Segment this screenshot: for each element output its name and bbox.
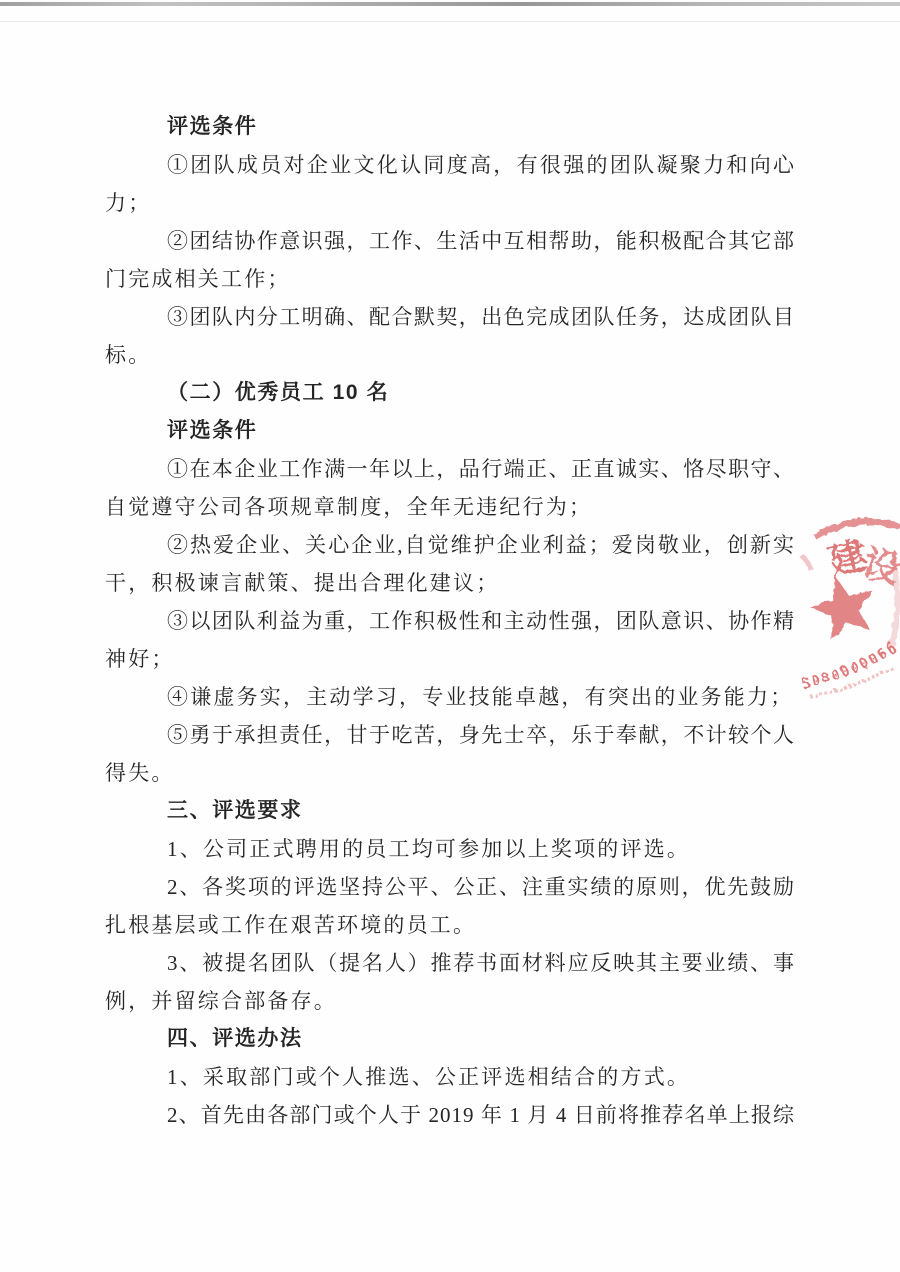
text-line: 例，并留综合部备存。 <box>105 982 795 1020</box>
text-line: 标。 <box>105 336 795 374</box>
scan-edge-artifact <box>0 2 900 6</box>
text-line: 得失。 <box>105 754 795 792</box>
text-line: ①团队成员对企业文化认同度高，有很强的团队凝聚力和向心 <box>105 146 795 184</box>
text-line: 扎根基层或工作在艰苦环境的员工。 <box>105 906 795 944</box>
text-line: 3、被提名团队（提名人）推荐书面材料应反映其主要业绩、事 <box>105 944 795 982</box>
section-heading: 四、评选办法 <box>105 1020 795 1058</box>
text-line: 神好； <box>105 640 795 678</box>
text-line: ①在本企业工作满一年以上，品行端正、正直诚实、恪尽职守、 <box>105 450 795 488</box>
text-line: ④谦虚务实，主动学习，专业技能卓越，有突出的业务能力； <box>105 678 795 716</box>
seal-stray-stroke <box>801 555 811 570</box>
section-heading: 三、评选要求 <box>105 792 795 830</box>
text-line: 1、采取部门或个人推选、公正评选相结合的方式。 <box>105 1058 795 1096</box>
stamp-microtext-illegible <box>810 668 893 697</box>
text-line: 2、首先由各部门或个人于 2019 年 1 月 4 日前将推荐名单上报综 <box>105 1096 795 1134</box>
text-line: 2、各奖项的评选坚持公平、公正、注重实绩的原则，优先鼓励 <box>105 868 795 906</box>
scan-edge-faint-line <box>0 21 900 22</box>
document-body: 评选条件①团队成员对企业文化认同度高，有很强的团队凝聚力和向心力；②团结协作意识… <box>105 108 795 1134</box>
text-line: 力； <box>105 184 795 222</box>
text-line: 自觉遵守公司各项规章制度，全年无违纪行为； <box>105 488 795 526</box>
section-heading: 评选条件 <box>105 412 795 450</box>
text-line: ②热爱企业、关心企业,自觉维护企业利益；爱岗敬业，创新实 <box>105 526 795 564</box>
text-line: 干，积极谏言献策、提出合理化建议； <box>105 564 795 602</box>
text-line: 1、公司正式聘用的员工均可参加以上奖项的评选。 <box>105 830 795 868</box>
section-heading: （二）优秀员工 10 名 <box>105 374 795 412</box>
text-line: ②团结协作意识强，工作、生活中互相帮助，能积极配合其它部 <box>105 222 795 260</box>
text-line: 门完成相关工作； <box>105 260 795 298</box>
stamp-serial-number: 5080000066 <box>800 639 900 693</box>
seal-ring-right-arc <box>891 566 897 648</box>
star-icon <box>810 576 873 641</box>
text-line: ③以团队利益为重，工作积极性和主动性强，团队意识、协作精 <box>105 602 795 640</box>
text-line: ③团队内分工明确、配合默契，出色完成团队任务，达成团队目 <box>105 298 795 336</box>
text-line: ⑤勇于承担责任，甘于吃苦，身先士卒，乐于奉献，不计较个人 <box>105 716 795 754</box>
section-heading: 评选条件 <box>105 108 795 146</box>
stamp-company-char-1: 建 <box>824 535 871 585</box>
stamp-company-char-2: 设 <box>858 543 900 592</box>
official-red-stamp: 建 设 5080000066 <box>795 495 900 705</box>
red-seal-graphic: 建 设 5080000066 <box>795 495 900 705</box>
seal-ring-top-arc <box>815 521 900 537</box>
